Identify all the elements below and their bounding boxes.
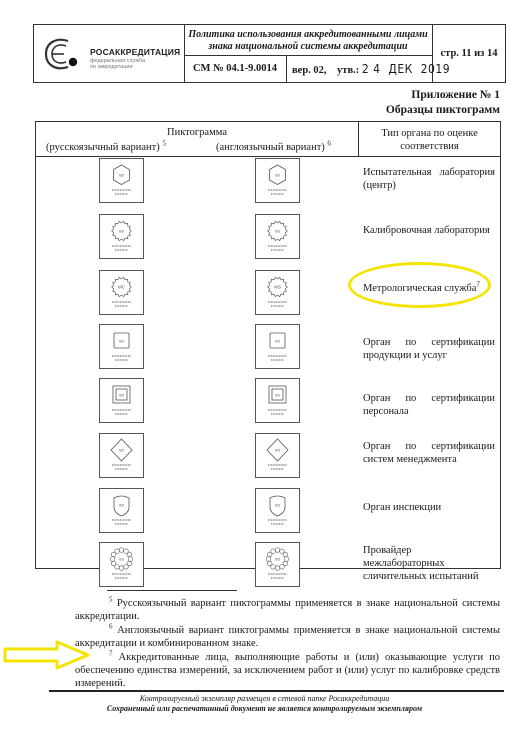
logo-cell: РОСАККРЕДИТАЦИЯ федеральная служба по ак…: [34, 25, 185, 82]
svg-text:ISO: ISO: [275, 230, 281, 234]
diamond-iso-en-pictogram: ISO: [255, 433, 300, 478]
footnote-5-text: Русскоязычный вариант пиктограммы примен…: [75, 598, 500, 622]
svg-text:ISO: ISO: [119, 558, 125, 562]
svg-text:MS: MS: [274, 285, 281, 290]
svg-text:ISO: ISO: [275, 449, 281, 453]
svg-text:ISO: ISO: [275, 174, 281, 178]
gear-iso-icon: ISO: [100, 215, 143, 258]
shield-iso-ru-pictogram: ISO: [99, 488, 144, 533]
header-english-variant-text: (англоязычный вариант): [216, 142, 325, 153]
shield-iso-icon: ISO: [100, 489, 143, 532]
document-number: СМ № 04.1-9.0014: [184, 56, 287, 82]
document-title-line1: Политика использования аккредитованными …: [184, 29, 432, 41]
footnote-7-text: Аккредитованные лица, выполняющие работы…: [75, 652, 500, 689]
document-title-line2: знака национальной системы аккредитации: [184, 41, 432, 53]
version-cell: вер. 02, утв.: 2 4 ДЕК 2019: [286, 56, 433, 82]
svg-text:ISO: ISO: [275, 558, 281, 562]
body-type-label: Орган по сертификации персонала: [363, 392, 495, 418]
appendix-title: Приложение № 1: [411, 89, 500, 101]
diamond-iso-ru-pictogram: ISO: [99, 433, 144, 478]
body-type-label: Провайдер межлабораторных сличительных и…: [363, 544, 495, 583]
svg-text:ISO: ISO: [275, 394, 281, 398]
square-iso-icon: ISO: [256, 325, 299, 368]
wreath-iso-icon: ISO: [100, 543, 143, 586]
table-header: Пиктограмма (русскоязычный вариант) 5 (а…: [36, 122, 500, 157]
footer-controlled-copy: Контролируемый экземпляр размещен в сете…: [0, 694, 529, 703]
svg-text:ISO: ISO: [119, 340, 125, 344]
svg-text:ISO: ISO: [119, 394, 125, 398]
body-type-label: Орган инспекции: [363, 501, 495, 514]
nested-square-iso-en-pictogram: ISO: [255, 378, 300, 423]
diamond-iso-icon: ISO: [256, 434, 299, 477]
header-body-type: Тип органа по оценке соответствия: [359, 127, 500, 153]
footnote-6: 6 Англоязычный вариант пиктограммы приме…: [75, 624, 500, 650]
gear-metrology-ru-pictogram: МС: [99, 270, 144, 315]
rosaccreditation-logo-icon: [42, 35, 78, 73]
gear-metrology-icon: МС: [100, 271, 143, 314]
highlight-arrow-annotation: [2, 640, 92, 670]
svg-text:ISO: ISO: [275, 504, 281, 508]
svg-text:ISO: ISO: [119, 174, 125, 178]
document-title: Политика использования аккредитованными …: [184, 25, 433, 56]
page-number: стр. 11 из 14: [433, 25, 505, 82]
pictogram-table: Пиктограмма (русскоязычный вариант) 5 (а…: [35, 121, 501, 569]
footnote-ref-5[interactable]: 5: [162, 140, 166, 148]
nested-square-iso-ru-pictogram: ISO: [99, 378, 144, 423]
header-russian-variant-text: (русскоязычный вариант): [46, 142, 160, 153]
footnote-7-number: 7: [109, 650, 113, 658]
appendix-subtitle: Образцы пиктограмм: [386, 104, 500, 116]
wreath-iso-icon: ISO: [256, 543, 299, 586]
body-type-label: Испытательная лаборатория (центр): [363, 166, 495, 192]
hexagon-iso-icon: ISO: [256, 159, 299, 202]
footnote-5: 5 Русскоязычный вариант пиктограммы прим…: [75, 597, 500, 623]
footer-rule: [49, 690, 504, 692]
gear-metrology-en-pictogram: MS: [255, 270, 300, 315]
diamond-iso-icon: ISO: [100, 434, 143, 477]
svg-text:ISO: ISO: [119, 504, 125, 508]
footnote-7: 7 Аккредитованные лица, выполняющие рабо…: [75, 651, 500, 690]
nested-square-iso-icon: ISO: [100, 379, 143, 422]
shield-iso-icon: ISO: [256, 489, 299, 532]
shield-iso-en-pictogram: ISO: [255, 488, 300, 533]
footer-uncontrolled-note: Сохраненный или распечатанный документ н…: [0, 704, 529, 713]
hexagon-iso-icon: ISO: [100, 159, 143, 202]
nested-square-iso-icon: ISO: [256, 379, 299, 422]
hexagon-iso-ru-pictogram: ISO: [99, 158, 144, 203]
header-russian-variant: (русскоязычный вариант) 5: [46, 142, 166, 153]
gear-iso-ru-pictogram: ISO: [99, 214, 144, 259]
body-type-label: Калибровочная лаборатория: [363, 224, 495, 237]
header-english-variant: (англоязычный вариант) 6: [216, 142, 331, 153]
svg-text:ISO: ISO: [119, 449, 125, 453]
gear-iso-icon: ISO: [256, 215, 299, 258]
version: вер. 02,: [292, 65, 327, 76]
gear-iso-en-pictogram: ISO: [255, 214, 300, 259]
logo-name: РОСАККРЕДИТАЦИЯ: [90, 47, 180, 57]
footnote-ref-6[interactable]: 6: [327, 140, 331, 148]
body-type-label: Орган по сертификации продукции и услуг: [363, 336, 495, 362]
svg-text:МС: МС: [118, 285, 126, 290]
hexagon-iso-en-pictogram: ISO: [255, 158, 300, 203]
footnote-5-number: 5: [109, 596, 113, 604]
wreath-iso-ru-pictogram: ISO: [99, 542, 144, 587]
body-type-label: Орган по сертификации систем менеджмента: [363, 440, 495, 466]
approved-label: утв.:: [337, 65, 359, 76]
logo-subtitle: федеральная служба по аккредитации: [90, 58, 145, 70]
svg-text:ISO: ISO: [275, 340, 281, 344]
footnote-6-text: Англоязычный вариант пиктограммы применя…: [75, 625, 500, 649]
logo-subtitle-line2: по аккредитации: [90, 64, 145, 70]
square-iso-en-pictogram: ISO: [255, 324, 300, 369]
header-pictogram: Пиктограмма: [36, 127, 358, 138]
square-iso-ru-pictogram: ISO: [99, 324, 144, 369]
header-body-type-line1: Тип органа по оценке: [359, 127, 500, 140]
wreath-iso-en-pictogram: ISO: [255, 542, 300, 587]
square-iso-icon: ISO: [100, 325, 143, 368]
footnote-6-number: 6: [109, 623, 113, 631]
highlight-ellipse-annotation: [348, 262, 491, 308]
gear-metrology-icon: MS: [256, 271, 299, 314]
header-body-type-line2: соответствия: [359, 140, 500, 153]
document-header: РОСАККРЕДИТАЦИЯ федеральная служба по ак…: [33, 24, 506, 83]
footnote-separator: [107, 590, 237, 591]
svg-text:ISO: ISO: [119, 230, 125, 234]
